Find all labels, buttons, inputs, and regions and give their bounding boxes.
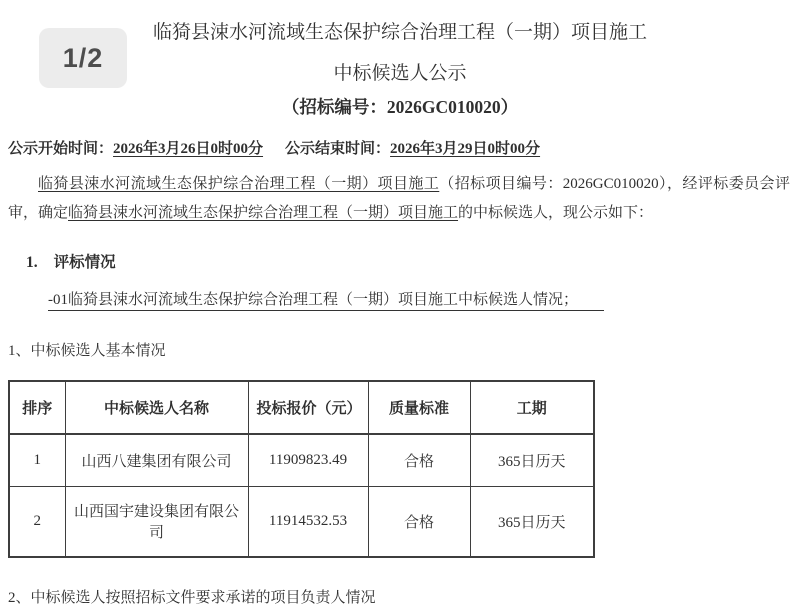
section-1-number: 1. [26, 254, 38, 271]
column-header-candidate-name: 中标候选人名称 [65, 381, 248, 434]
candidates-table: 排序 中标候选人名称 投标报价（元） 质量标准 工期 1 山西八建集团有限公司 … [8, 380, 595, 558]
cell-candidate-name: 山西八建集团有限公司 [65, 434, 248, 486]
project-name-underlined-2: 临猗县涑水河流域生态保护综合治理工程（一期）项目施工 [68, 205, 458, 221]
document-title-line2: 中标候选人公示 [0, 58, 800, 85]
publicity-start-label: 公示开始时间： [8, 141, 113, 157]
cell-rank: 1 [9, 434, 65, 486]
cell-duration: 365日历天 [470, 434, 594, 486]
column-header-quality-standard: 质量标准 [368, 381, 470, 434]
subsection-1-title: 1、中标候选人基本情况 [8, 339, 166, 360]
column-header-rank: 排序 [9, 381, 65, 434]
project-name-underlined: 临猗县涑水河流域生态保护综合治理工程（一期）项目施工 [38, 176, 439, 192]
table-row: 1 山西八建集团有限公司 11909823.49 合格 365日历天 [9, 434, 594, 486]
document-title-line1: 临猗县涑水河流域生态保护综合治理工程（一期）项目施工 [0, 17, 800, 44]
cell-quality-standard: 合格 [368, 486, 470, 557]
cell-candidate-name: 山西国宇建设集团有限公司 [65, 486, 248, 557]
cell-bid-price: 11909823.49 [248, 434, 368, 486]
cell-duration: 365日历天 [470, 486, 594, 557]
publicity-end-value: 2026年3月29日0时00分 [390, 141, 540, 157]
document-page: { "page": { "badge": "1/2", "title_line1… [0, 0, 800, 611]
column-header-bid-price: 投标报价（元） [248, 381, 368, 434]
bid-number-line: （招标编号：2026GC010020） [0, 94, 800, 119]
cell-rank: 2 [9, 486, 65, 557]
cell-quality-standard: 合格 [368, 434, 470, 486]
publicity-end-label: 公示结束时间： [285, 141, 390, 157]
section-1-subline: -01临猗县涑水河流域生态保护综合治理工程（一期）项目施工中标候选人情况； [48, 288, 604, 309]
section-1-title: 评标情况 [54, 254, 116, 271]
intro-paragraph: 临猗县涑水河流域生态保护综合治理工程（一期）项目施工（招标项目编号：2026GC… [8, 170, 790, 228]
table-row: 2 山西国宇建设集团有限公司 11914532.53 合格 365日历天 [9, 486, 594, 557]
cell-bid-price: 11914532.53 [248, 486, 368, 557]
publicity-start-value: 2026年3月26日0时00分 [113, 141, 263, 157]
table-header-row: 排序 中标候选人名称 投标报价（元） 质量标准 工期 [9, 381, 594, 434]
section-1-subline-text: -01临猗县涑水河流域生态保护综合治理工程（一期）项目施工中标候选人情况； [48, 292, 604, 311]
intro-text-2: 的中标候选人，现公示如下： [458, 205, 653, 221]
column-header-duration: 工期 [470, 381, 594, 434]
section-1-heading: 1.评标情况 [26, 250, 116, 272]
subsection-2-title: 2、中标候选人按照招标文件要求承诺的项目负责人情况 [8, 586, 376, 607]
publicity-period: 公示开始时间：2026年3月26日0时00分公示结束时间：2026年3月29日0… [8, 137, 540, 158]
